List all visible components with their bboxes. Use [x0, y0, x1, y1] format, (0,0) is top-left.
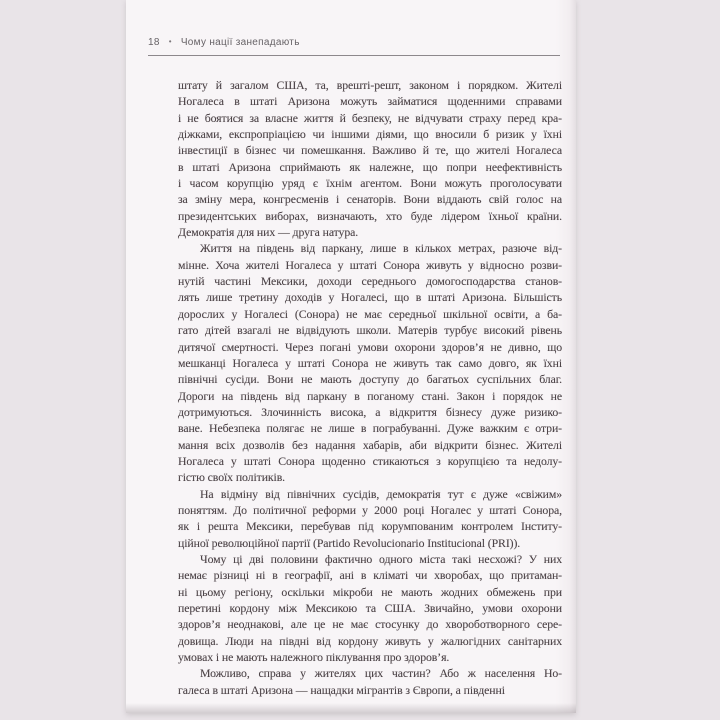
text-line: президентських виборах, визначають, хто … [178, 208, 562, 224]
text-line: умовах і не мають належного піклування п… [178, 649, 562, 665]
text-line: перетині кордону між Мексикою та США. Зв… [178, 600, 562, 616]
text-line: довища. Люди на півдні від кордону живут… [178, 633, 562, 649]
text-line: в штаті Аризона сприймають як належне, щ… [178, 159, 562, 175]
text-line: і часом корупцію уряд є їхнім агентом. В… [178, 175, 562, 191]
text-line: Ногалеса в штаті Аризона можуть займатис… [178, 93, 562, 109]
text-line: за зміну мера, конгресменів і сенаторів.… [178, 191, 562, 207]
text-line: Чому ці дві половини фактично одного міс… [178, 551, 562, 567]
text-line: дорослих у Ногалесі (Сонора) не має сере… [178, 306, 562, 322]
text-line: Демократія для них — друга натура. [178, 224, 562, 240]
text-line: гато дітей взагалі не відвідують школи. … [178, 322, 562, 338]
text-line: інвестиції в бізнес чи помешкання. Важли… [178, 142, 562, 158]
text-line: галеса в штаті Аризона — нащадки мігрант… [178, 682, 562, 698]
text-line: мання всіх дозволів без надання хабарів,… [178, 437, 562, 453]
text-line: мешканці Ногалеса у штаті Сонора не живу… [178, 355, 562, 371]
text-line: лять лише третину доходів у Ногалесі, що… [178, 289, 562, 305]
running-title: Чому нації занепадають [181, 37, 300, 48]
body-text-block: штату й загалом США, та, врешті-решт, за… [178, 77, 562, 698]
text-line: північні сусіди. Вони не мають доступу д… [178, 371, 562, 387]
book-scan-background: 18 • Чому нації занепадають штату й зага… [0, 0, 720, 720]
text-line: немає різниці ні в географії, ані в клім… [178, 567, 562, 583]
text-line: поняттям. До політичної реформи у 2000 р… [178, 502, 562, 518]
text-line: Дороги на південь від паркану в поганому… [178, 388, 562, 404]
text-line: Життя на південь від паркану, лише в кіл… [178, 240, 562, 256]
text-line: ні цьому регіону, оскільки мікроби не ма… [178, 584, 562, 600]
separator-dot-icon: • [169, 37, 172, 46]
book-page: 18 • Чому нації занепадають штату й зага… [126, 0, 576, 713]
text-line: Ногалеса у штаті Сонора щоденно стикають… [178, 453, 562, 469]
text-line: Можливо, справа у жителях цих частин? Аб… [178, 665, 562, 681]
text-line: дитячої смертності. Через погані умови о… [178, 339, 562, 355]
header-rule [148, 55, 560, 56]
running-head: 18 • Чому нації занепадають [148, 37, 300, 48]
text-line: як і решта Мексики, перебував під корумп… [178, 518, 562, 534]
text-line: гістю своїх політиків. [178, 469, 562, 485]
text-line: ване. Небезпека полягає не лише в пограб… [178, 420, 562, 436]
page-number: 18 [148, 37, 160, 48]
text-line: нутій частині Мексики, доходи середнього… [178, 273, 562, 289]
text-line: ційної революційної партії (Partido Revo… [178, 535, 562, 551]
text-line: здоров’я неоднакові, але це не має стосу… [178, 616, 562, 632]
text-line: діжками, експропріацією чи іншими діями,… [178, 126, 562, 142]
text-line: мінне. Хоча жителі Ногалеса у штаті Соно… [178, 257, 562, 273]
text-line: і не боятися за власне життя й безпеку, … [178, 110, 562, 126]
text-line: дотримуються. Злочинність висока, а відк… [178, 404, 562, 420]
text-line: штату й загалом США, та, врешті-решт, за… [178, 77, 562, 93]
text-line: На відміну від північних сусідів, демокр… [178, 486, 562, 502]
